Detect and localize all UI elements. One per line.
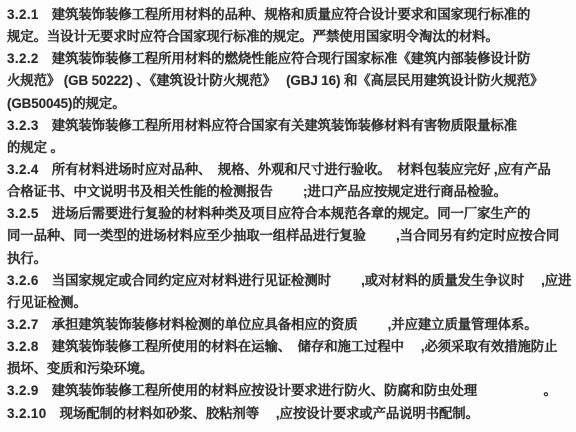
clause-continuation-line: 合格证书、中文说明书及相关性能的检测报告 ;进口产品应按规定进行商品检验。 xyxy=(7,181,572,203)
clause-text: 进场后需要进行复验的材料种类及项目应符合本规范各章的规定。同一厂家生产的 xyxy=(52,206,530,221)
clause-text: 建筑装饰装修工程所用材料的品种、规格和质量应符合设计要求和国家现行标准的 xyxy=(52,7,530,22)
clause-continuation-line: 执行。 xyxy=(7,248,572,270)
clause-continuation-line: 行见证检测。 xyxy=(7,292,572,314)
clause-continuation-line: 损坏、变质和污染环境。 xyxy=(7,358,572,380)
clause-first-line: 3.2.6当国家规定或合同约定应对材料进行见证检测时 ,或对材料的质量发生争议时… xyxy=(7,270,572,292)
clause-text: 建筑装饰装修工程所使用的材料应按设计要求进行防火、防腐和防虫处理 。 xyxy=(52,383,557,398)
clause-first-line: 3.2.9建筑装饰装修工程所使用的材料应按设计要求进行防火、防腐和防虫处理 。 xyxy=(7,380,572,402)
clause-number: 3.2.8 xyxy=(7,336,39,358)
clause-number: 3.2.10 xyxy=(7,403,47,425)
clause-first-line: 3.2.8建筑装饰装修工程所使用的材料在运输、 储存和施工过程中 ,必须采取有效… xyxy=(7,336,572,358)
clause-number: 3.2.2 xyxy=(7,48,39,70)
clause-text: 承担建筑装饰装修材料检测的单位应具备相应的资质 ,并应建立质量管理体系。 xyxy=(52,317,538,332)
clause-text: 当国家规定或合同约定应对材料进行见证检测时 ,或对材料的质量发生争议时 ,应进 xyxy=(52,273,572,288)
clause-number: 3.2.7 xyxy=(7,314,39,336)
clause-text: 建筑装饰装修工程所使用的材料在运输、 储存和施工过程中 ,必须采取有效措施防止 xyxy=(52,339,558,354)
clause-continuation-line: 火规范》 (GB 50222) 、《建筑设计防火规范》 (GBJ 16) 和《高… xyxy=(7,70,572,92)
clause-text: 现场配制的材料如砂浆、胶粘剂等 ,应按设计要求或产品说明书配制。 xyxy=(60,406,479,421)
clause-first-line: 3.2.3建筑装饰装修工程所用材料应符合国家有关建筑装饰装修材料有害物质限量标准 xyxy=(7,115,572,137)
clause-text: 建筑装饰装修工程所用材料应符合国家有关建筑装饰装修材料有害物质限量标准 xyxy=(52,118,517,133)
clause-first-line: 3.2.2建筑装饰装修工程所用材料的燃烧性能应符合现行国家标准《建筑内部装修设计… xyxy=(7,48,572,70)
clause-first-line: 3.2.5进场后需要进行复验的材料种类及项目应符合本规范各章的规定。同一厂家生产… xyxy=(7,203,572,225)
clause-first-line: 3.2.4所有材料进场时应对品种、 规格、外观和尺寸进行验收。 材料包装应完好 … xyxy=(7,159,572,181)
clause-number: 3.2.5 xyxy=(7,203,39,225)
clause-continuation-line: 的规定 。 xyxy=(7,137,572,159)
clause-text: 建筑装饰装修工程所用材料的燃烧性能应符合现行国家标准《建筑内部装修设计防 xyxy=(52,51,530,66)
clause-continuation-line: (GB50045)的规定。 xyxy=(7,93,572,115)
clause-number: 3.2.9 xyxy=(7,380,39,402)
clause-text: 所有材料进场时应对品种、 规格、外观和尺寸进行验收。 材料包装应完好 ,应有产品 xyxy=(52,162,551,177)
clause-number: 3.2.3 xyxy=(7,115,39,137)
clause-first-line: 3.2.1建筑装饰装修工程所用材料的品种、规格和质量应符合设计要求和国家现行标准… xyxy=(7,4,572,26)
clause-continuation-line: 规定。当设计无要求时应符合国家现行标准的规定。严禁使用国家明令淘汰的材料。 xyxy=(7,26,572,48)
clause-number: 3.2.4 xyxy=(7,159,39,181)
document-page: 3.2.1建筑装饰装修工程所用材料的品种、规格和质量应符合设计要求和国家现行标准… xyxy=(0,0,576,432)
clause-number: 3.2.1 xyxy=(7,4,39,26)
clause-first-line: 3.2.7承担建筑装饰装修材料检测的单位应具备相应的资质 ,并应建立质量管理体系… xyxy=(7,314,572,336)
clause-list: 3.2.1建筑装饰装修工程所用材料的品种、规格和质量应符合设计要求和国家现行标准… xyxy=(7,4,572,425)
clause-first-line: 3.2.10现场配制的材料如砂浆、胶粘剂等 ,应按设计要求或产品说明书配制。 xyxy=(7,403,572,425)
clause-continuation-line: 同一品种、同一类型的进场材料应至少抽取一组样品进行复验 ,当合同另有约定时应按合… xyxy=(7,225,572,247)
clause-number: 3.2.6 xyxy=(7,270,39,292)
